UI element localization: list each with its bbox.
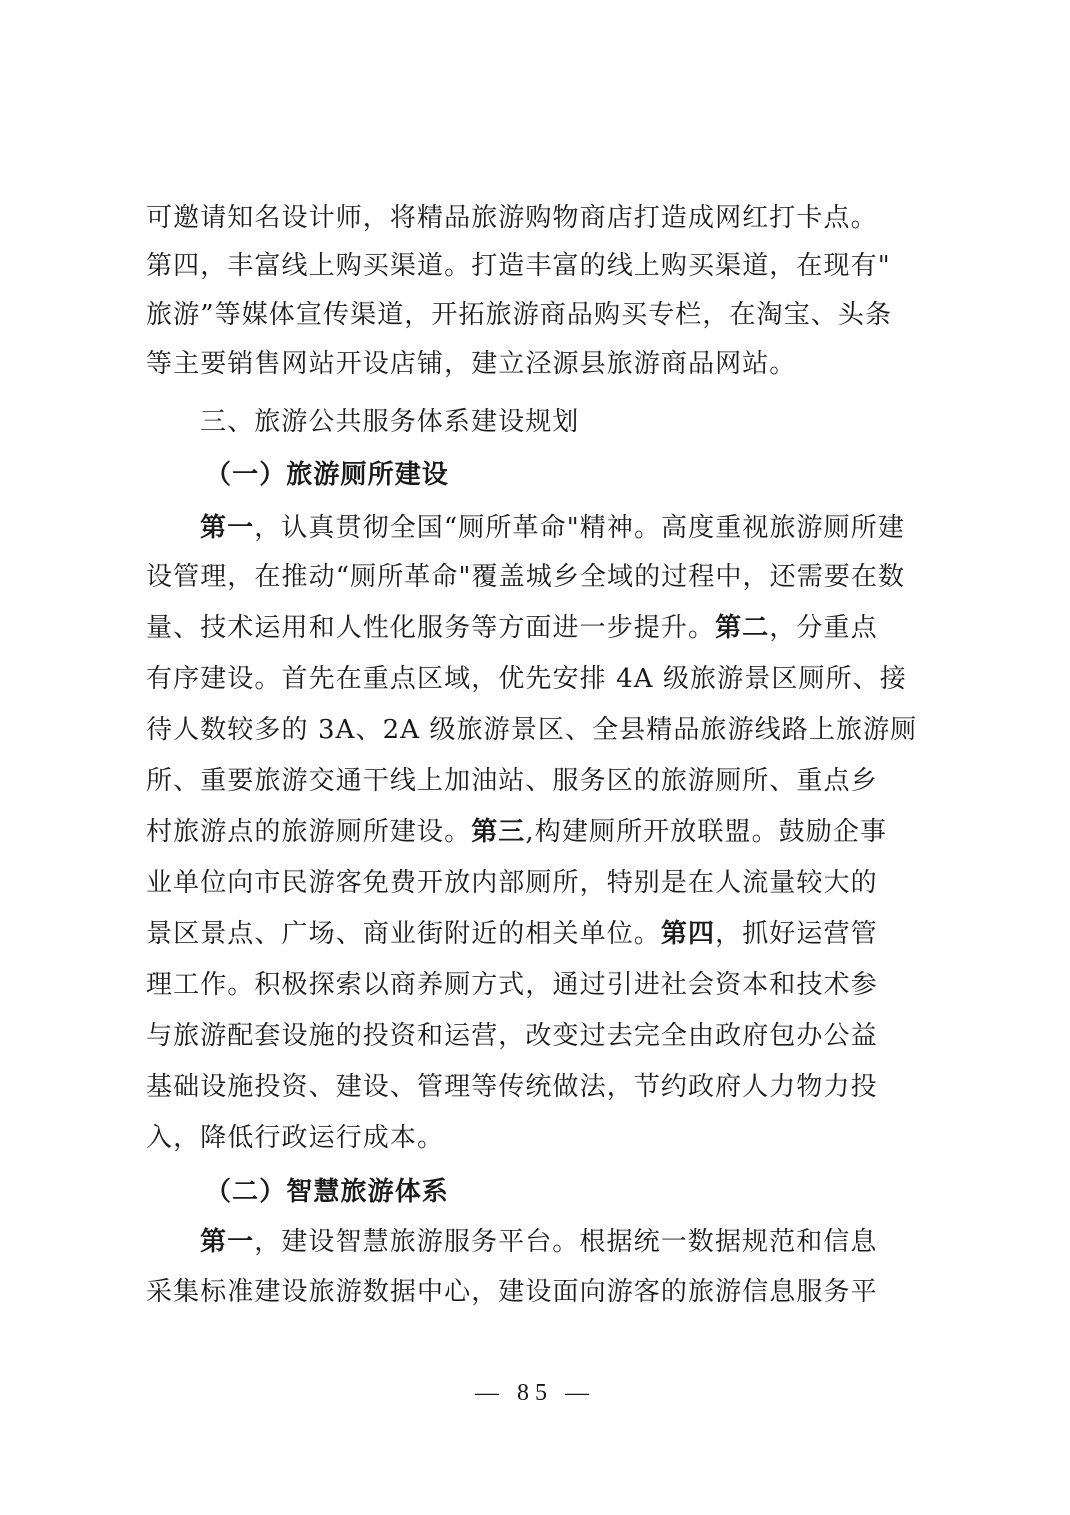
text-segment: 理工作。积极探索以商养厕方式，通过引进社会资本和技术参 xyxy=(146,970,878,1000)
text-segment: 村旅游点的旅游厕所建设。 xyxy=(146,817,471,847)
paragraph-line: 所、重要旅游交通干线上加油站、服务区的旅游厕所、重点乡 xyxy=(146,761,946,801)
paragraph-line: 理工作。积极探索以商养厕方式，通过引进社会资本和技术参 xyxy=(146,965,946,1005)
text-segment: 设管理，在推动“厕所革命"覆盖城乡全域的过程中，还需要在数 xyxy=(146,562,905,592)
text-segment: ，认真贯彻全国“厕所革命"精神。高度重视旅游厕所建 xyxy=(254,513,905,543)
paragraph-line: 第一，建设智慧旅游服务平台。根据统一数据规范和信息 xyxy=(200,1222,1000,1262)
text-segment: 第四，丰富线上购买渠道。打造丰富的线上购买渠道，在现有" xyxy=(146,251,891,281)
text-segment: 有序建设。首先在重点区域，优先安排 4A 级旅游景区厕所、接 xyxy=(146,664,907,694)
paragraph-line: 业单位向市民游客免费开放内部厕所，特别是在人流量较大的 xyxy=(146,863,946,903)
paragraph-line: 入，降低行政运行成本。 xyxy=(146,1118,946,1158)
paragraph-line: 量、技术运用和人性化服务等方面进一步提升。第二，分重点 xyxy=(146,608,946,648)
text-segment: 所、重要旅游交通干线上加油站、服务区的旅游厕所、重点乡 xyxy=(146,766,878,796)
section-heading: 三、旅游公共服务体系建设规划 xyxy=(200,402,1000,442)
document-page: 可邀请知名设计师，将精品旅游购物商店打造成网红打卡点。 第四，丰富线上购买渠道。… xyxy=(0,0,1070,1515)
text-segment: 业单位向市民游客免费开放内部厕所，特别是在人流量较大的 xyxy=(146,868,878,898)
bold-lead: 第一 xyxy=(200,1227,254,1257)
paragraph-line: 有序建设。首先在重点区域，优先安排 4A 级旅游景区厕所、接 xyxy=(146,659,946,699)
text-segment: 可邀请知名设计师，将精品旅游购物商店打造成网红打卡点。 xyxy=(146,203,878,233)
text-segment: 旅游”等媒体宣传渠道，开拓旅游商品购买专栏，在淘宝、头条 xyxy=(146,300,892,330)
bold-lead: 第四 xyxy=(661,919,715,949)
subsection-title: （一）旅游厕所建设 xyxy=(205,460,449,490)
paragraph-line: 第四，丰富线上购买渠道。打造丰富的线上购买渠道，在现有" xyxy=(146,246,946,286)
paragraph-line: 第一，认真贯彻全国“厕所革命"精神。高度重视旅游厕所建 xyxy=(200,508,1000,548)
paragraph-line: 等主要销售网站开设店铺，建立泾源县旅游商品网站。 xyxy=(146,344,946,384)
section-title: 三、旅游公共服务体系建设规划 xyxy=(200,407,579,437)
text-segment: 等主要销售网站开设店铺，建立泾源县旅游商品网站。 xyxy=(146,349,796,379)
bold-lead: 第一 xyxy=(200,513,254,543)
paragraph-line: 与旅游配套设施的投资和运营，改变过去完全由政府包办公益 xyxy=(146,1016,946,1056)
paragraph-line: 采集标准建设旅游数据中心，建设面向游客的旅游信息服务平 xyxy=(146,1272,946,1312)
text-segment: 与旅游配套设施的投资和运营，改变过去完全由政府包办公益 xyxy=(146,1021,878,1051)
subsection-heading: （二）智慧旅游体系 xyxy=(205,1172,1005,1212)
text-segment: 采集标准建设旅游数据中心，建设面向游客的旅游信息服务平 xyxy=(146,1277,878,1307)
paragraph-line: 景区景点、广场、商业街附近的相关单位。第四，抓好运营管 xyxy=(146,914,946,954)
text-segment: 基础设施投资、建设、管理等传统做法，节约政府人力物力投 xyxy=(146,1072,878,1102)
paragraph-line: 可邀请知名设计师，将精品旅游购物商店打造成网红打卡点。 xyxy=(146,198,946,238)
text-segment: 量、技术运用和人性化服务等方面进一步提升。 xyxy=(146,613,715,643)
paragraph-line: 设管理，在推动“厕所革命"覆盖城乡全域的过程中，还需要在数 xyxy=(146,557,946,597)
text-segment: ，分重点 xyxy=(769,613,877,643)
bold-lead: 第三 xyxy=(471,817,525,847)
text-segment: 景区景点、广场、商业街附近的相关单位。 xyxy=(146,919,661,949)
subsection-heading: （一）旅游厕所建设 xyxy=(205,455,1005,495)
paragraph-line: 旅游”等媒体宣传渠道，开拓旅游商品购买专栏，在淘宝、头条 xyxy=(146,295,946,335)
text-segment: ，抓好运营管 xyxy=(715,919,878,949)
paragraph-line: 待人数较多的 3A、2A 级旅游景区、全县精品旅游线路上旅游厕 xyxy=(146,710,946,750)
text-segment: 入，降低行政运行成本。 xyxy=(146,1123,444,1153)
paragraph-line: 村旅游点的旅游厕所建设。第三,构建厕所开放联盟。鼓励企事 xyxy=(146,812,946,852)
bold-lead: 第二 xyxy=(715,613,769,643)
subsection-title: （二）智慧旅游体系 xyxy=(205,1177,449,1207)
text-segment: ,构建厕所开放联盟。鼓励企事 xyxy=(525,817,887,847)
paragraph-line: 基础设施投资、建设、管理等传统做法，节约政府人力物力投 xyxy=(146,1067,946,1107)
text-segment: 待人数较多的 3A、2A 级旅游景区、全县精品旅游线路上旅游厕 xyxy=(146,715,917,745)
text-segment: ，建设智慧旅游服务平台。根据统一数据规范和信息 xyxy=(254,1227,877,1257)
page-number: — 85 — xyxy=(0,1380,1070,1407)
